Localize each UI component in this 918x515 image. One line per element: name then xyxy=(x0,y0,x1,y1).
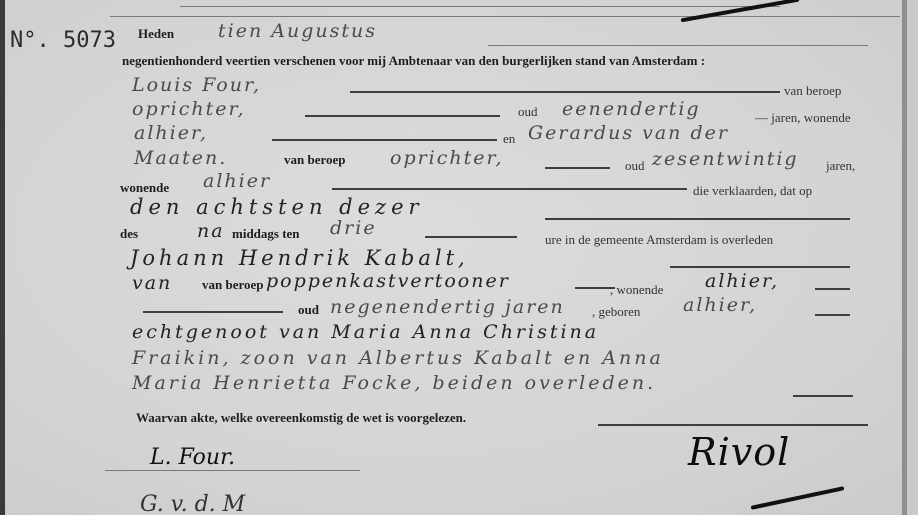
birthplace: alhier, xyxy=(683,294,757,316)
informant2-name-a: Gerardus van der xyxy=(528,122,729,144)
deceased-age: negenendertig jaren xyxy=(330,296,565,318)
label-van-beroep-2: van beroep xyxy=(284,152,346,168)
rule-l4 xyxy=(305,115,500,117)
rule-l8 xyxy=(545,218,850,220)
signature-underline xyxy=(751,486,845,510)
label-wonende-3: , wonende xyxy=(610,282,663,298)
rule-top xyxy=(180,6,780,7)
rule-l15 xyxy=(793,395,853,397)
label-van-beroep-3: van beroep xyxy=(202,277,264,293)
signature-informant: L. Four. xyxy=(150,445,235,470)
label-oud-2: oud xyxy=(625,158,645,174)
signature-official: Rivol xyxy=(688,430,790,474)
signature-partial-bottom: G. v. d. M xyxy=(140,492,245,515)
informant1-age: eenendertig xyxy=(562,98,701,120)
rule-l6 xyxy=(545,167,610,169)
scan-right-strip xyxy=(907,0,918,515)
label-heden: Heden xyxy=(138,26,174,42)
rule-l5 xyxy=(272,139,497,141)
label-wonende-2: wonende xyxy=(120,180,169,196)
rule-l1 xyxy=(488,45,868,46)
deceased-name: Johann Hendrik Kabalt, xyxy=(130,246,469,270)
rule-closing xyxy=(598,424,868,426)
rule-l11b xyxy=(815,288,850,290)
daypart: na xyxy=(197,220,225,242)
label-van-hand: van xyxy=(132,272,172,294)
rule-l3 xyxy=(350,91,780,93)
label-van-beroep-1: van beroep xyxy=(784,83,841,99)
informant2-residence: alhier xyxy=(203,170,271,192)
label-middags-ten: middags ten xyxy=(232,226,300,242)
informant1-occupation: oprichter, xyxy=(132,98,246,120)
spouse-line: echtgenoot van Maria Anna Christina xyxy=(132,321,599,343)
ink-stroke-top xyxy=(681,0,800,22)
rule-signature xyxy=(105,470,360,471)
record-number: N°. 5073 xyxy=(10,28,116,53)
informant2-age: zesentwintig xyxy=(652,148,799,170)
deceased-residence: alhier, xyxy=(705,270,779,292)
label-geboren: , geboren xyxy=(592,304,640,320)
parents-line-1: Fraikin, zoon van Albertus Kabalt en Ann… xyxy=(132,347,664,369)
rule-top-2 xyxy=(110,16,900,17)
scan-left-edge xyxy=(0,0,5,515)
rule-l12b xyxy=(815,314,850,316)
rule-l7 xyxy=(332,188,687,190)
label-oud-3: oud xyxy=(298,302,319,318)
label-jaren-wonende-1: — jaren, wonende xyxy=(755,110,851,126)
rule-l9 xyxy=(425,236,517,238)
label-des: des xyxy=(120,226,138,242)
informant2-occupation: oprichter, xyxy=(390,147,504,169)
rule-l12 xyxy=(143,311,283,313)
year-print: negentienhonderd veertien verschenen voo… xyxy=(122,53,705,69)
label-die-verklaarden: die verklaarden, dat op xyxy=(693,183,812,199)
closing-text: Waarvan akte, welke overeenkomstig de we… xyxy=(136,410,466,426)
rule-l10 xyxy=(670,266,850,268)
label-ure-in: ure in de gemeente Amsterdam is overlede… xyxy=(545,232,773,248)
hour: drie xyxy=(330,217,377,239)
informant1-residence: alhier, xyxy=(134,122,208,144)
rule-l11a xyxy=(575,287,615,289)
label-jaren-2: jaren, xyxy=(826,158,855,174)
deceased-occupation: poppenkastvertooner xyxy=(266,270,510,292)
label-oud-1: oud xyxy=(518,104,538,120)
informant1-name: Louis Four, xyxy=(132,74,261,96)
death-date: den achtsten dezer xyxy=(130,195,424,219)
scanned-document-page: N°. 5073 Heden tien Augustus negentienho… xyxy=(0,0,918,515)
informant2-name-b: Maaten. xyxy=(134,147,227,169)
parents-line-2: Maria Henrietta Focke, beiden overleden. xyxy=(132,372,656,394)
label-en: en xyxy=(503,131,515,147)
date-hand: tien Augustus xyxy=(218,20,377,42)
